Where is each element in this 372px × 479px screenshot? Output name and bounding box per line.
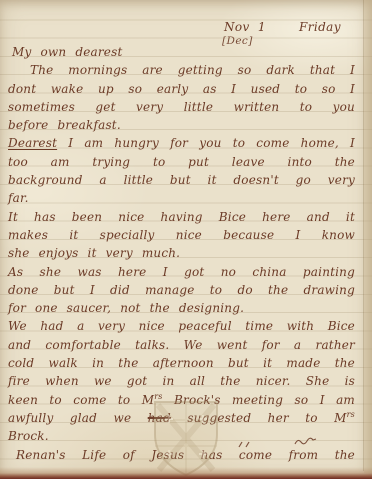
- text-run: We had a very nice peaceful time with Bi…: [8, 319, 355, 333]
- text-run: cold walk in the afternoon but it made t…: [8, 356, 355, 370]
- letter-line: before breakfast.: [8, 116, 355, 134]
- text-run: suggested her to M: [171, 411, 347, 425]
- letter-line: and comfortable talks. We went for a rat…: [8, 336, 355, 354]
- letter-line: keen to come to Mrs Brock's meeting so I…: [8, 391, 355, 409]
- paper-right-edge: [364, 0, 372, 473]
- letter-line: We had a very nice peaceful time with Bi…: [8, 317, 355, 335]
- letter-line: too am trying to put leave into the: [8, 153, 355, 171]
- text-run: makes it specially nice because I know: [8, 228, 355, 242]
- date-text: Nov 1: [224, 20, 266, 34]
- letter-line: makes it specially nice because I know: [8, 226, 355, 244]
- letter-line: background a little but it doesn't go ve…: [8, 171, 355, 189]
- text-run: background a little but it doesn't go ve…: [8, 173, 355, 187]
- letter-line: Brock.: [8, 427, 355, 445]
- letter-line: Renan's Life of Jesus has come from the: [8, 446, 355, 464]
- text-run: too am trying to put leave into the: [8, 155, 355, 169]
- text-run: As she was here I got no china painting: [8, 265, 355, 279]
- letter-line: Dearest I am hungry for you to come home…: [8, 134, 355, 152]
- text-run: awfully glad we: [8, 411, 148, 425]
- letter-line: sometimes get very little written to you: [8, 98, 355, 116]
- letter-body: My own dearestThe mornings are getting s…: [8, 43, 355, 464]
- text-run: sometimes get very little written to you: [8, 100, 355, 114]
- text-run: keen to come to M: [8, 393, 154, 407]
- text-run: and comfortable talks. We went for a rat…: [8, 338, 355, 352]
- letter-line: fire when we got in all the nicer. She i…: [8, 372, 355, 390]
- letter-line: It has been nice having Bice here and it: [8, 208, 355, 226]
- letter-line: she enjoys it very much.: [8, 244, 355, 262]
- letter-line: awfully glad we had suggested her to Mrs: [8, 409, 355, 427]
- letter-line: The mornings are getting so dark that I: [8, 61, 355, 79]
- text-run: I am hungry for you to come home, I: [57, 136, 355, 150]
- text-run: before breakfast.: [8, 118, 121, 132]
- text-run: she enjoys it very much.: [8, 246, 180, 260]
- letter-line: for one saucer, not the designing.: [8, 299, 355, 317]
- text-run: The mornings are getting so dark that I: [30, 63, 355, 77]
- text-sup: rs: [154, 392, 162, 401]
- letter-line: far.: [8, 189, 355, 207]
- day-text: Friday: [299, 20, 341, 34]
- text-underline: Dearest: [8, 136, 57, 150]
- text-run: done but I did manage to do the drawing: [8, 283, 355, 297]
- text-sup: rs: [347, 410, 355, 419]
- text-run: Renan's Life of Jesus has come from the: [16, 448, 355, 462]
- text-run: for one saucer, not the designing.: [8, 301, 244, 315]
- paper-edge-line: [363, 0, 365, 471]
- letter-line: done but I did manage to do the drawing: [8, 281, 355, 299]
- paper-bottom-edge: [0, 467, 372, 479]
- text-run: fire when we got in all the nicer. She i…: [8, 374, 355, 388]
- letter-line: dont wake up so early as I used to so I: [8, 80, 355, 98]
- letter-line: As she was here I got no china painting: [8, 263, 355, 281]
- text-run: It has been nice having Bice here and it: [8, 210, 355, 224]
- text-run: far.: [8, 191, 29, 205]
- text-run: Brock's meeting so I am: [163, 393, 355, 407]
- text-run: Brock.: [8, 429, 49, 443]
- letter-line: cold walk in the afternoon but it made t…: [8, 354, 355, 372]
- salutation-line: My own dearest: [8, 43, 355, 61]
- text-run: My own dearest: [12, 45, 122, 59]
- letter-page: Nov 1 [Dec] Friday My own dearestThe mor…: [0, 0, 372, 479]
- text-strike: had: [148, 411, 171, 425]
- text-run: dont wake up so early as I used to so I: [8, 82, 355, 96]
